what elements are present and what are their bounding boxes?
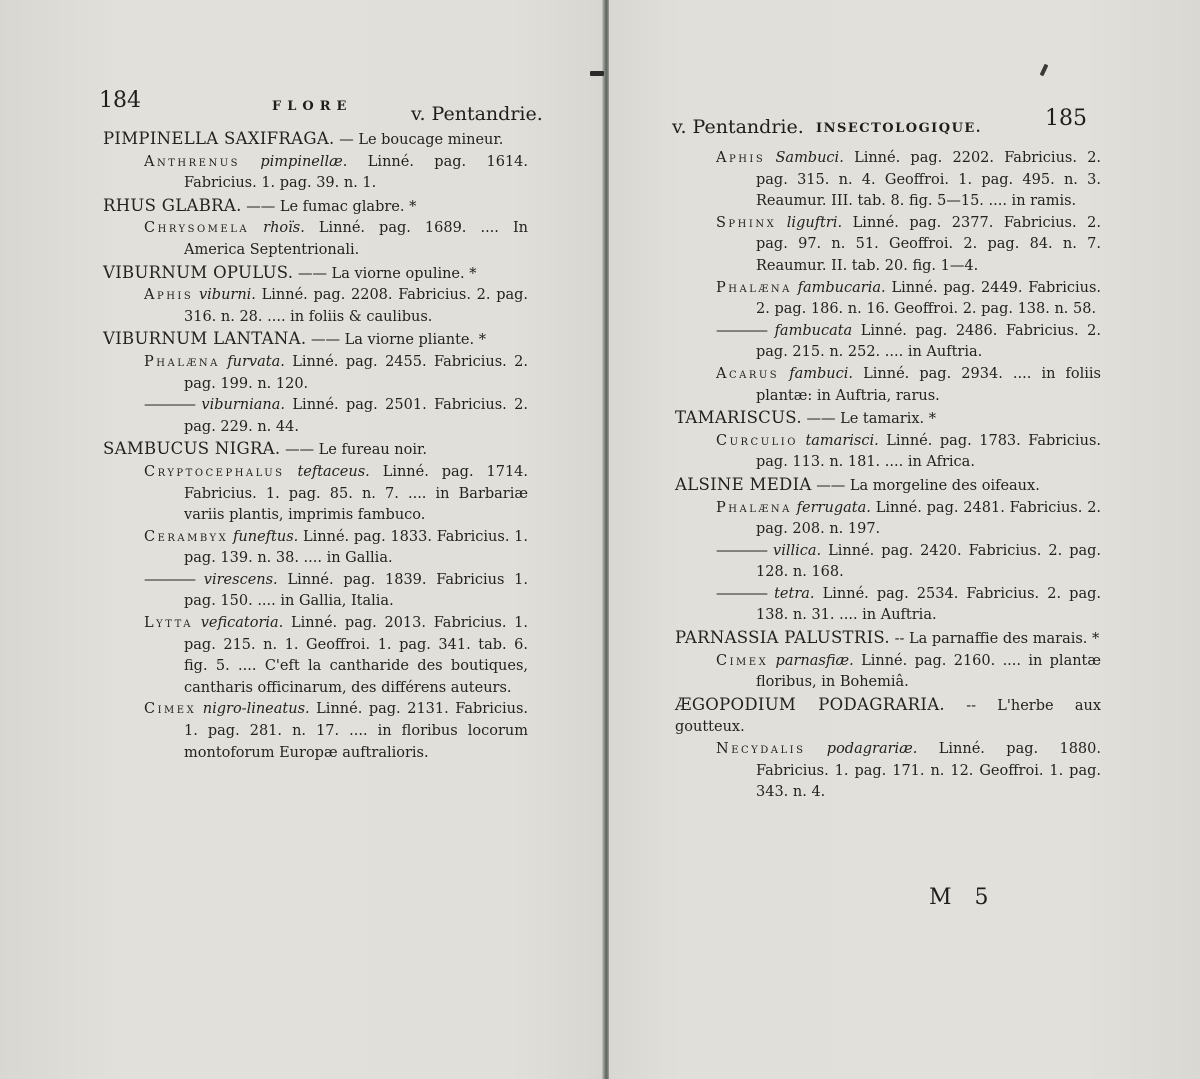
insect-entry: Cimex nigro-lineatus. Linné. pag. 2131. … [103, 699, 528, 764]
insect-entry: Sphinx liguftri. Linné. pag. 2377. Fabri… [675, 213, 1101, 278]
insect-entry: Necydalis podagrariæ. Linné. pag. 1880. … [675, 739, 1101, 804]
running-title: INSECTOLOGIQUE. [816, 121, 982, 136]
running-title: FLORE [272, 99, 352, 114]
insect-entry: Phalæna ferrugata. Linné. pag. 2481. Fab… [675, 498, 1101, 541]
entry-list: PIMPINELLA SAXIFRAGA. — Le boucage mineu… [103, 128, 528, 764]
insect-entry: Acarus fambuci. Linné. pag. 2934. .... i… [675, 364, 1101, 407]
plant-entry: VIBURNUM LANTANA. —— La viorne pliante. … [103, 328, 528, 352]
insect-entry: Aphis viburni. Linné. pag. 2208. Fabrici… [103, 285, 528, 328]
plant-entry: ALSINE MEDIA —— La morgeline des oifeaux… [675, 474, 1101, 498]
page-number: 184 [99, 88, 141, 113]
printer-signature: M 5 [929, 885, 997, 910]
insect-entry: Cimex parnasfiæ. Linné. pag. 2160. .... … [675, 651, 1101, 694]
plant-entry: PIMPINELLA SAXIFRAGA. — Le boucage mineu… [103, 128, 528, 152]
binding-thread-mark [590, 71, 604, 76]
insect-entry: Phalæna furvata. Linné. pag. 2455. Fabri… [103, 352, 528, 395]
plant-entry: TAMARISCUS. —— Le tamarix. * [675, 407, 1101, 431]
section-title: v. Pentandrie. [411, 103, 543, 125]
insect-entry: Chrysomela rhoïs. Linné. pag. 1689. ....… [103, 218, 528, 261]
insect-entry: ———— fambucata Linné. pag. 2486. Fabrici… [675, 321, 1101, 364]
insect-entry: Cryptocephalus teftaceus. Linné. pag. 17… [103, 462, 528, 527]
insect-entry: Curculio tamarisci. Linné. pag. 1783. Fa… [675, 431, 1101, 474]
entry-list: Aphis Sambuci. Linné. pag. 2202. Fabrici… [675, 148, 1101, 804]
section-title: v. Pentandrie. [672, 116, 804, 138]
page-number: 185 [1045, 106, 1087, 131]
insect-entry: ———— tetra. Linné. pag. 2534. Fabricius.… [675, 584, 1101, 627]
insect-entry: ———— virescens. Linné. pag. 1839. Fabric… [103, 570, 528, 613]
plant-entry: RHUS GLABRA. —— Le fumac glabre. * [103, 195, 528, 219]
insect-entry: ———— viburniana. Linné. pag. 2501. Fabri… [103, 395, 528, 438]
insect-entry: Aphis Sambuci. Linné. pag. 2202. Fabrici… [675, 148, 1101, 213]
plant-entry: ÆGOPODIUM PODAGRARIA. -- L'herbe aux gou… [675, 694, 1101, 739]
insect-entry: Phalæna fambucaria. Linné. pag. 2449. Fa… [675, 278, 1101, 321]
insect-entry: Anthrenus pimpinellæ. Linné. pag. 1614. … [103, 152, 528, 195]
plant-entry: SAMBUCUS NIGRA. —— Le fureau noir. [103, 438, 528, 462]
book-spread: 184 FLORE v. Pentandrie. PIMPINELLA SAXI… [0, 0, 1200, 1079]
plant-entry: VIBURNUM OPULUS. —— La viorne opuline. * [103, 262, 528, 286]
insect-entry: Cerambyx funeftus. Linné. pag. 1833. Fab… [103, 527, 528, 570]
right-page: v. Pentandrie. INSECTOLOGIQUE. 185 Aphis… [609, 0, 1200, 1079]
insect-entry: ———— villica. Linné. pag. 2420. Fabriciu… [675, 541, 1101, 584]
insect-entry: Lytta veficatoria. Linné. pag. 2013. Fab… [103, 613, 528, 699]
left-page: 184 FLORE v. Pentandrie. PIMPINELLA SAXI… [0, 0, 603, 1079]
plant-entry: PARNASSIA PALUSTRIS. -- La parnaffie des… [675, 627, 1101, 651]
